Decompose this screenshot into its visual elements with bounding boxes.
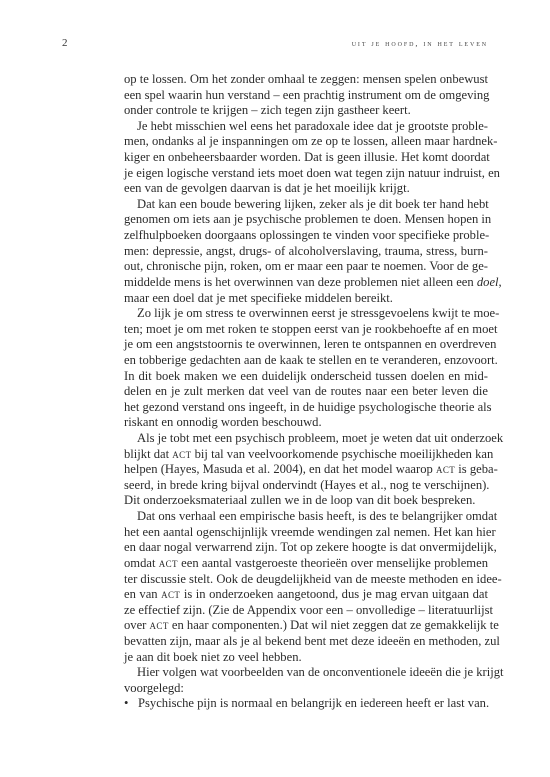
text-line: out, chronische pijn, roken, om er maar … xyxy=(124,259,488,275)
text-line: het een aantal ogenschijnlijk vreemde we… xyxy=(124,525,488,541)
text-line: je eigen logische verstand iets moet doe… xyxy=(124,166,488,182)
bullet-item: •Psychische pijn is normaal en belangrij… xyxy=(124,696,488,712)
text-line: ze effectief zijn. (Zie de Appendix voor… xyxy=(124,603,488,619)
text-line: je aan dit boek niet zo veel hebben. xyxy=(124,650,488,666)
text-line: blijkt dat ACT bij tal van veelvoorkomen… xyxy=(124,447,488,463)
text-line: Als je tobt met een psychisch probleem, … xyxy=(124,431,488,447)
text-line: kiger en onbeheersbaarder worden. Dat is… xyxy=(124,150,488,166)
text-line: ten; moet je om met roken te stoppen eer… xyxy=(124,322,488,338)
text-line: maar een doel dat je met specifieke midd… xyxy=(124,291,488,307)
text-line: seerd, in brede kring bijval ondervindt … xyxy=(124,478,488,494)
text-line: zelfhulpboeken doorgaans oplossingen te … xyxy=(124,228,488,244)
text-line: het gezond verstand ons ingeeft, in de h… xyxy=(124,400,488,416)
bullet-icon: • xyxy=(124,696,138,712)
text-line: over ACT en haar componenten.) Dat wil n… xyxy=(124,618,488,634)
text-line: In dit boek maken we een duidelijk onder… xyxy=(124,369,488,385)
text-line: ter discussie stelt. Ook de deugdelijkhe… xyxy=(124,572,488,588)
text-line: je om een angststoornis te overwinnen, l… xyxy=(124,337,488,353)
text-line: middelde mens is het overwinnen van deze… xyxy=(124,275,488,291)
text-line: en tobberige gedachten aan de kaak te st… xyxy=(124,353,488,369)
text-line: helpen (Hayes, Masuda et al. 2004), en d… xyxy=(124,462,488,478)
text-line: Hier volgen wat voorbeelden van de oncon… xyxy=(124,665,488,681)
text-line: en van ACT is in onderzoeken aangetoond,… xyxy=(124,587,488,603)
body-text: op te lossen. Om het zonder omhaal te ze… xyxy=(124,72,488,712)
text-line: een spel waarin hun verstand – een prach… xyxy=(124,88,488,104)
text-line: delen en je zult merken dat veel van de … xyxy=(124,384,488,400)
text-line: omdat ACT een aantal vastgeroeste theori… xyxy=(124,556,488,572)
text-line: en daar nogal verwarrend zijn. Tot op ze… xyxy=(124,540,488,556)
text-line: Je hebt misschien wel eens het paradoxal… xyxy=(124,119,488,135)
text-line: men, ondanks al je inspanningen om ze op… xyxy=(124,134,488,150)
page-number: 2 xyxy=(62,37,68,49)
text-line: Dit onderzoeksmateriaal zullen we in de … xyxy=(124,493,488,509)
text-line: Zo lijk je om stress te overwinnen eerst… xyxy=(124,306,488,322)
text-line: op te lossen. Om het zonder omhaal te ze… xyxy=(124,72,488,88)
text-line: men: depressie, angst, drugs- of alcohol… xyxy=(124,244,488,260)
text-line: onder controle te krijgen – zich tegen z… xyxy=(124,103,488,119)
text-line: voorgelegd: xyxy=(124,681,488,697)
text-line: Dat ons verhaal een empirische basis hee… xyxy=(124,509,488,525)
text-line: riskant en onnodig worden beschouwd. xyxy=(124,415,488,431)
text-line: bevatten zijn, maar als je al bekend ben… xyxy=(124,634,488,650)
text-line: een van de gevolgen daarvan is dat je he… xyxy=(124,181,488,197)
text-line: genomen om iets aan je psychische proble… xyxy=(124,212,488,228)
running-head: UIT JE HOOFD, IN HET LEVEN xyxy=(352,39,488,48)
text-line: Dat kan een boude bewering lijken, zeker… xyxy=(124,197,488,213)
